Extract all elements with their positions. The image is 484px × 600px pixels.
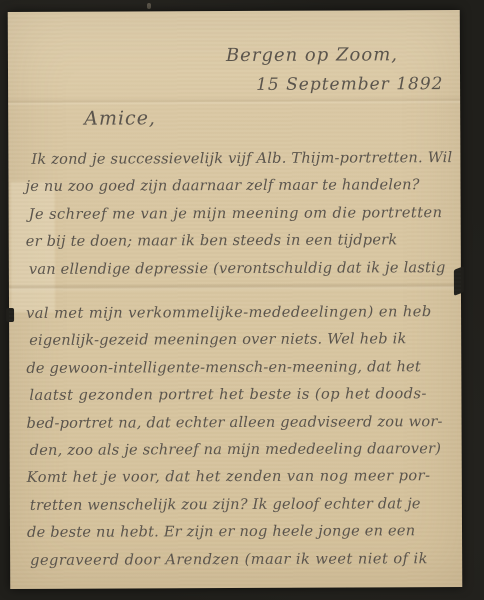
pin-mark: [147, 3, 151, 9]
letter-line: de gewoon-intelligente-mensch-en-meening…: [26, 353, 455, 382]
letter-place: Bergen op Zoom,: [226, 44, 398, 66]
letter-date: 15 September 1892: [256, 74, 443, 95]
letter-line: Je schreef me van je mijn meening om die…: [26, 199, 455, 228]
letter-line: er bij te doen; maar ik ben steeds in ee…: [26, 226, 455, 255]
letter-line: Ik zond je successievelijk vijf Alb. Thi…: [25, 144, 454, 173]
letter-line: de beste nu hebt. Er zijn er nog heele j…: [27, 517, 456, 546]
paper-tear-right: [454, 266, 464, 296]
letter-body: Ik zond je successievelijk vijf Alb. Thi…: [25, 144, 456, 574]
letter-line: bed-portret na, dat echter alleen geadvi…: [26, 408, 455, 437]
letter-salutation: Amice,: [84, 107, 156, 129]
letter-paper: Bergen op Zoom, 15 September 1892 Amice,…: [8, 10, 463, 589]
letter-line: je nu zoo goed zijn daarnaar zelf maar t…: [25, 171, 454, 200]
fold-crease-top: [8, 96, 460, 106]
letter-line: van ellendige depressie (verontschuldig …: [26, 254, 455, 283]
letter-line: eigenlijk-gezeid meeningen over niets. W…: [26, 325, 455, 354]
paper-tear-left: [6, 308, 14, 322]
letter-line: tretten wenschelijk zou zijn? Ik geloof …: [27, 490, 456, 519]
letter-line: laatst gezonden portret het beste is (op…: [26, 380, 455, 409]
letter-photograph: Bergen op Zoom, 15 September 1892 Amice,…: [0, 0, 484, 600]
letter-line: val met mijn verkommelijke-mededeelingen…: [26, 298, 455, 327]
letter-line: den, zoo als je schreef na mijn mededeel…: [27, 435, 456, 464]
letter-line: Komt het je voor, dat het zenden van nog…: [27, 463, 456, 492]
letter-line: gegraveerd door Arendzen (maar ik weet n…: [27, 545, 456, 574]
